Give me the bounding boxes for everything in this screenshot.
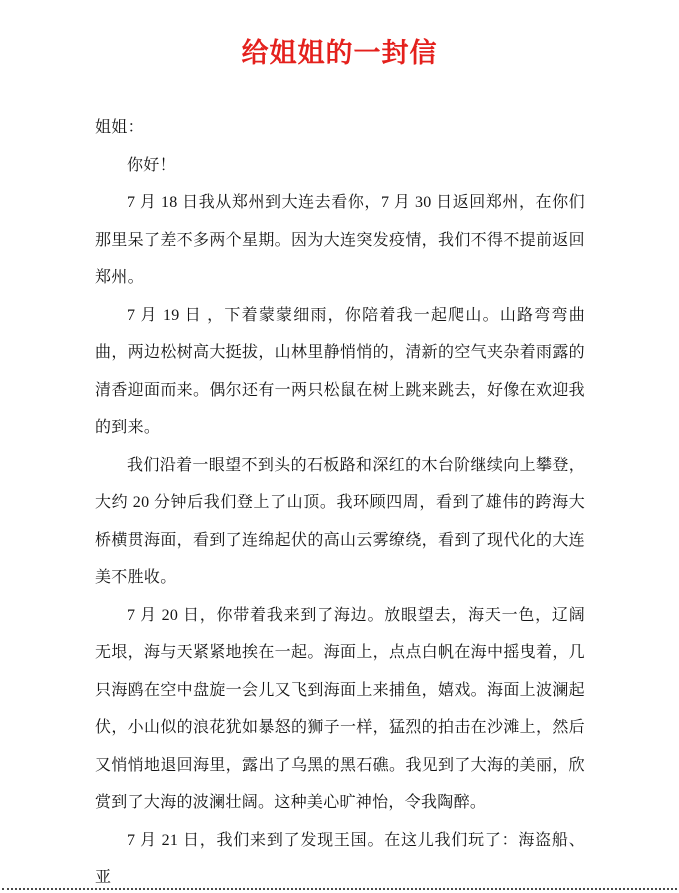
letter-salutation: 姐姐：	[95, 109, 585, 147]
page-bottom-boundary	[2, 888, 677, 890]
letter-paragraph-1: 7 月 18 日我从郑州到大连去看你，7 月 30 日返回郑州，在你们那里呆了差…	[95, 184, 585, 297]
letter-paragraph-2: 7 月 19 日 ，下着蒙蒙细雨，你陪着我一起爬山。山路弯弯曲曲，两边松树高大挺…	[95, 297, 585, 447]
letter-body: 姐姐： 你好！ 7 月 18 日我从郑州到大连去看你，7 月 30 日返回郑州，…	[95, 109, 585, 893]
letter-title: 给姐姐的一封信	[0, 36, 679, 70]
letter-paragraph-5: 7 月 21 日，我们来到了发现王国。在这儿我们玩了：海盗船、亚	[95, 822, 585, 893]
letter-paragraph-3: 我们沿着一眼望不到头的石板路和深红的木台阶继续向上攀登，大约 20 分钟后我们登…	[95, 447, 585, 597]
document-page: 给姐姐的一封信 姐姐： 你好！ 7 月 18 日我从郑州到大连去看你，7 月 3…	[0, 0, 679, 893]
letter-greeting: 你好！	[95, 147, 585, 185]
letter-paragraph-4: 7 月 20 日，你带着我来到了海边。放眼望去，海天一色，辽阔无垠，海与天紧紧地…	[95, 597, 585, 822]
